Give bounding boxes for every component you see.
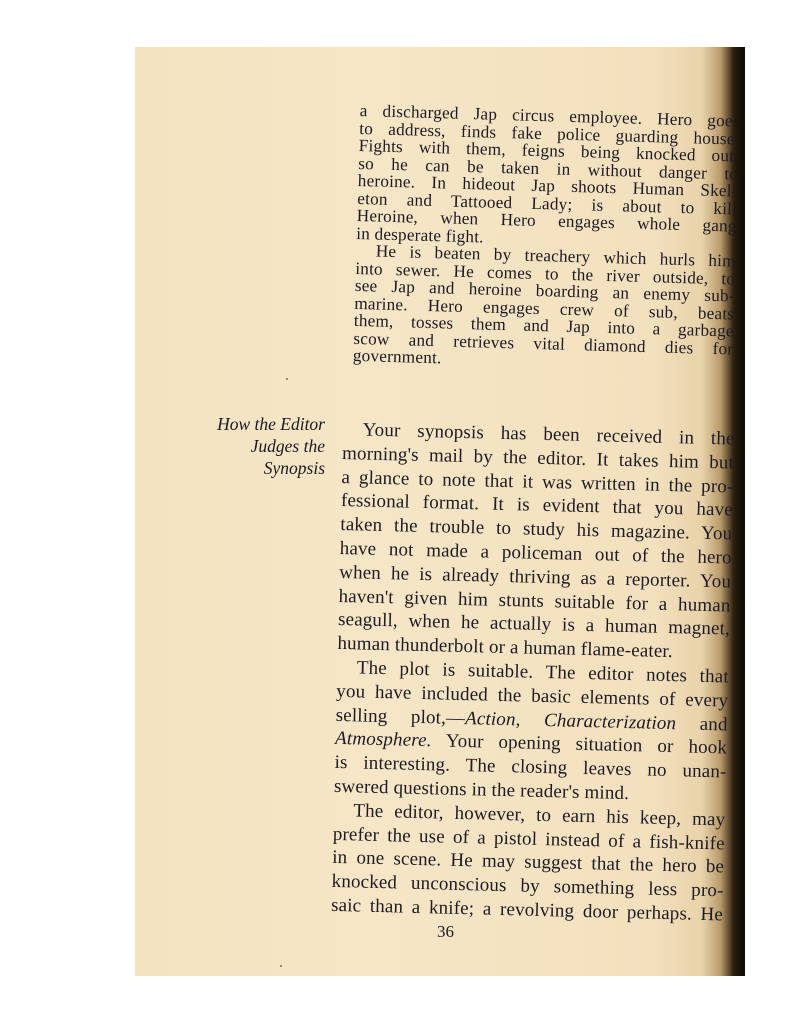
synopsis-excerpt: a discharged Jap circus employee. Hero g… [353,102,740,375]
marginal-heading-line: Judges the [175,435,325,457]
book-page: a discharged Jap circus employee. Hero g… [135,47,745,976]
marginal-heading: How the Editor Judges the Synopsis [175,413,325,479]
paper-speck [286,378,288,380]
italic-term: Action, Characterization [465,708,677,734]
page-number: 36 [437,922,454,942]
text-fragment: selling plot,— [335,704,465,728]
marginal-heading-line: How the Editor [175,413,325,435]
italic-term: Atmosphere. [335,728,432,751]
body-text: Your synopsis has been received in the m… [331,418,735,927]
marginal-heading-line: Synopsis [175,457,325,479]
text-fragment: and [676,713,728,735]
paper-speck [280,965,282,967]
